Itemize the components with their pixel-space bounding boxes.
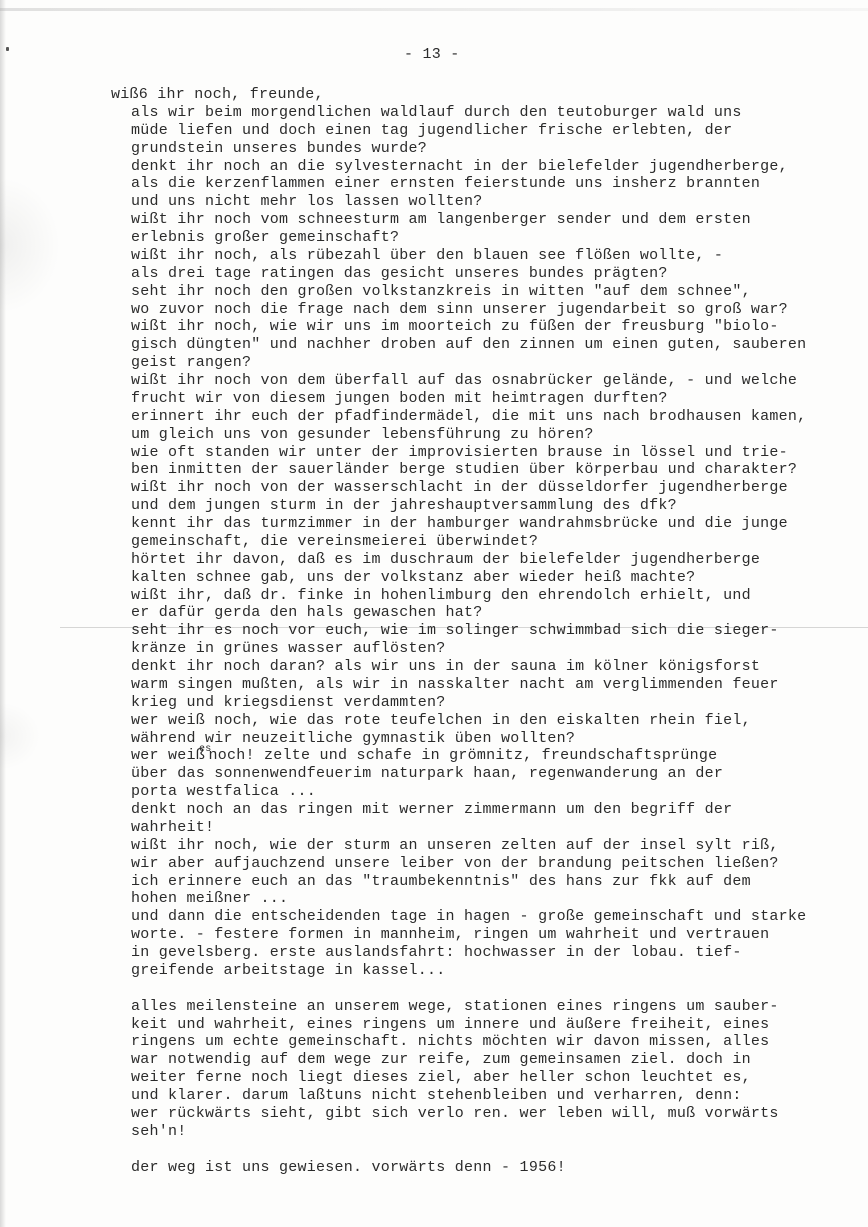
- text-line: in gevelsberg. erste auslandsfahrt: hoch…: [111, 944, 806, 962]
- line-text: seht ihr noch den großen volkstanzkreis …: [131, 283, 751, 300]
- text-line: ringens um echte gemeinschaft. nichts mö…: [111, 1033, 806, 1051]
- text-line: und dann die entscheidenden tage in hage…: [111, 908, 806, 926]
- line-text: müde liefen und doch einen tag jugendlic…: [131, 122, 732, 139]
- text-line: geist rangen?: [111, 354, 806, 372]
- line-text: wißt ihr noch von der wasserschlacht in …: [131, 479, 788, 496]
- line-text: wer weiß: [131, 747, 205, 764]
- text-line: als drei tage ratingen das gesicht unser…: [111, 265, 806, 283]
- text-line: und uns nicht mehr los lassen wollten?: [111, 193, 806, 211]
- text-line: wiß6 ihr noch, freunde,: [111, 86, 806, 104]
- text-line: er dafür gerda den hals gewaschen hat?: [111, 604, 806, 622]
- line-text: war notwendig auf dem wege zur reife, zu…: [131, 1051, 751, 1068]
- line-text: seh'n!: [131, 1123, 187, 1140]
- line-text: denkt ihr noch an die sylvesternacht in …: [131, 158, 788, 175]
- text-line: wißt ihr noch, als rübezahl über den bla…: [111, 247, 806, 265]
- line-text-continued: noch! zelte und schafe in grömnitz, freu…: [209, 747, 718, 764]
- line-text: wißt ihr noch, als rübezahl über den bla…: [131, 247, 723, 264]
- line-text: kränze in grünes wasser auflösten?: [131, 640, 446, 657]
- line-text: er dafür gerda den hals gewaschen hat?: [131, 604, 483, 621]
- blank-line: [111, 1141, 806, 1159]
- text-line: keit und wahrheit, eines ringens um inne…: [111, 1016, 806, 1034]
- text-line: der weg ist uns gewiesen. vorwärts denn …: [111, 1159, 806, 1177]
- line-text: ben inmitten der sauerländer berge studi…: [131, 461, 797, 478]
- line-text: in gevelsberg. erste auslandsfahrt: hoch…: [131, 944, 742, 961]
- document-page: - 13 - wiß6 ihr noch, freunde,als wir be…: [0, 0, 868, 1227]
- text-line: wo zuvor noch die frage nach dem sinn un…: [111, 301, 806, 319]
- text-line: wißt ihr noch, wie der sturm an unseren …: [111, 837, 806, 855]
- line-text: als die kerzenflammen einer ernsten feie…: [131, 175, 760, 192]
- text-line: denkt ihr noch an die sylvesternacht in …: [111, 158, 806, 176]
- line-text: geist rangen?: [131, 354, 251, 371]
- line-text: kalten schnee gab, uns der volkstanz abe…: [131, 569, 695, 586]
- text-line: grundstein unseres bundes wurde?: [111, 140, 806, 158]
- text-line: ich erinnere euch an das "traumbekenntni…: [111, 873, 806, 891]
- line-text: hohen meißner ...: [131, 890, 288, 907]
- line-text: und klarer. darum laßtuns nicht stehenbl…: [131, 1087, 742, 1104]
- line-text: der weg ist uns gewiesen. vorwärts denn …: [131, 1159, 566, 1176]
- line-text: denkt ihr noch daran? als wir uns in der…: [131, 658, 760, 675]
- text-line: wer weiß noch, wie das rote teufelchen i…: [111, 712, 806, 730]
- text-line: wir aber aufjauchzend unsere leiber von …: [111, 855, 806, 873]
- blank-line: [111, 980, 806, 998]
- text-line: wahrheit!: [111, 819, 806, 837]
- line-text: seht ihr es noch vor euch, wie im soling…: [131, 622, 779, 639]
- text-line: wie oft standen wir unter der improvisie…: [111, 444, 806, 462]
- text-line: seht ihr noch den großen volkstanzkreis …: [111, 283, 806, 301]
- text-line: als wir beim morgendlichen waldlauf durc…: [111, 104, 806, 122]
- text-line: krieg und kriegsdienst verdammten?: [111, 694, 806, 712]
- line-text: porta westfalica ...: [131, 783, 316, 800]
- text-line: weiter ferne noch liegt dieses ziel, abe…: [111, 1069, 806, 1087]
- line-text: und dem jungen sturm in der jahreshauptv…: [131, 497, 677, 514]
- text-line: wißt ihr, daß dr. finke in hohenlimburg …: [111, 587, 806, 605]
- text-line: denkt noch an das ringen mit werner zimm…: [111, 801, 806, 819]
- line-text: wo zuvor noch die frage nach dem sinn un…: [131, 301, 788, 318]
- text-line: kränze in grünes wasser auflösten?: [111, 640, 806, 658]
- line-text: wißt ihr noch vom schneesturm am langenb…: [131, 211, 751, 228]
- typewritten-body-text: wiß6 ihr noch, freunde,als wir beim morg…: [111, 86, 806, 1176]
- text-line: gemeinschaft, die vereinsmeierei überwin…: [111, 533, 806, 551]
- line-text: ich erinnere euch an das "traumbekenntni…: [131, 873, 751, 890]
- text-line: alles meilensteine an unserem wege, stat…: [111, 998, 806, 1016]
- text-line: porta westfalica ...: [111, 783, 806, 801]
- line-text: um gleich uns von gesunder lebensführung…: [131, 426, 594, 443]
- text-line: wer rückwärts sieht, gibt sich verlo ren…: [111, 1105, 806, 1123]
- text-line: hohen meißner ...: [111, 890, 806, 908]
- line-text: erlebnis großer gemeinschaft?: [131, 229, 399, 246]
- text-line: während wir neuzeitliche gymnastik üben …: [111, 730, 806, 748]
- text-line: wißt ihr noch von dem überfall auf das o…: [111, 372, 806, 390]
- text-line: denkt ihr noch daran? als wir uns in der…: [111, 658, 806, 676]
- text-line: warm singen mußten, als wir in nasskalte…: [111, 676, 806, 694]
- text-line: seht ihr es noch vor euch, wie im soling…: [111, 622, 806, 640]
- line-text: weiter ferne noch liegt dieses ziel, abe…: [131, 1069, 751, 1086]
- text-line: kalten schnee gab, uns der volkstanz abe…: [111, 569, 806, 587]
- line-text: gisch düngten" und nachher droben auf de…: [131, 336, 806, 353]
- text-line: und dem jungen sturm in der jahreshauptv…: [111, 497, 806, 515]
- text-line: wißt ihr noch vom schneesturm am langenb…: [111, 211, 806, 229]
- line-text: frucht wir von diesem jungen boden mit h…: [131, 390, 668, 407]
- text-line: müde liefen und doch einen tag jugendlic…: [111, 122, 806, 140]
- line-text: greifende arbeitstage in kassel...: [131, 962, 446, 979]
- line-text: ringens um echte gemeinschaft. nichts mö…: [131, 1033, 769, 1050]
- text-line: seh'n!: [111, 1123, 806, 1141]
- text-line: wißt ihr noch, wie wir uns im moorteich …: [111, 318, 806, 336]
- text-line: worte. - festere formen in mannheim, rin…: [111, 926, 806, 944]
- line-text: über das sonnenwendfeuerim naturpark haa…: [131, 765, 723, 782]
- text-line: ben inmitten der sauerländer berge studi…: [111, 461, 806, 479]
- line-text: denkt noch an das ringen mit werner zimm…: [131, 801, 732, 818]
- line-text: wißt ihr noch von dem überfall auf das o…: [131, 372, 797, 389]
- text-line: frucht wir von diesem jungen boden mit h…: [111, 390, 806, 408]
- line-text: gemeinschaft, die vereinsmeierei überwin…: [131, 533, 538, 550]
- text-line: erinnert ihr euch der pfadfindermädel, d…: [111, 408, 806, 426]
- line-text: als wir beim morgendlichen waldlauf durc…: [131, 104, 742, 121]
- page-number: - 13 -: [404, 46, 460, 64]
- line-text: alles meilensteine an unserem wege, stat…: [131, 998, 779, 1015]
- text-line: wer weißesnoch! zelte und schafe in gröm…: [111, 747, 806, 765]
- line-text: krieg und kriegsdienst verdammten?: [131, 694, 446, 711]
- scan-left-edge-shadow: [0, 0, 6, 1227]
- line-text: keit und wahrheit, eines ringens um inne…: [131, 1016, 769, 1033]
- text-line: und klarer. darum laßtuns nicht stehenbl…: [111, 1087, 806, 1105]
- text-line: greifende arbeitstage in kassel...: [111, 962, 806, 980]
- line-text: und dann die entscheidenden tage in hage…: [131, 908, 806, 925]
- line-text: als drei tage ratingen das gesicht unser…: [131, 265, 668, 282]
- line-text: erinnert ihr euch der pfadfindermädel, d…: [131, 408, 806, 425]
- overtyped-correction: es: [199, 744, 212, 755]
- line-text: wer rückwärts sieht, gibt sich verlo ren…: [131, 1105, 779, 1122]
- text-line: gisch düngten" und nachher droben auf de…: [111, 336, 806, 354]
- line-text: während wir neuzeitliche gymnastik üben …: [131, 730, 575, 747]
- scan-top-edge-shadow: [0, 8, 868, 11]
- scan-speck: [6, 47, 9, 51]
- text-line: kennt ihr das turmzimmer in der hamburge…: [111, 515, 806, 533]
- line-text: und uns nicht mehr los lassen wollten?: [131, 193, 483, 210]
- line-text: kennt ihr das turmzimmer in der hamburge…: [131, 515, 788, 532]
- line-text: wißt ihr noch, wie wir uns im moorteich …: [131, 318, 779, 335]
- line-text: warm singen mußten, als wir in nasskalte…: [131, 676, 779, 693]
- line-text: hörtet ihr davon, daß es im duschraum de…: [131, 551, 760, 568]
- line-text: wer weiß noch, wie das rote teufelchen i…: [131, 712, 751, 729]
- text-line: über das sonnenwendfeuerim naturpark haa…: [111, 765, 806, 783]
- text-line: hörtet ihr davon, daß es im duschraum de…: [111, 551, 806, 569]
- line-text: wißt ihr, daß dr. finke in hohenlimburg …: [131, 587, 751, 604]
- line-text: wiß6 ihr noch, freunde,: [111, 86, 324, 103]
- line-text: grundstein unseres bundes wurde?: [131, 140, 427, 157]
- text-line: war notwendig auf dem wege zur reife, zu…: [111, 1051, 806, 1069]
- text-line: erlebnis großer gemeinschaft?: [111, 229, 806, 247]
- line-text: wahrheit!: [131, 819, 214, 836]
- line-text: wie oft standen wir unter der improvisie…: [131, 444, 788, 461]
- text-line: wißt ihr noch von der wasserschlacht in …: [111, 479, 806, 497]
- text-line: als die kerzenflammen einer ernsten feie…: [111, 175, 806, 193]
- line-text: wir aber aufjauchzend unsere leiber von …: [131, 855, 779, 872]
- line-text: wißt ihr noch, wie der sturm an unseren …: [131, 837, 779, 854]
- line-text: worte. - festere formen in mannheim, rin…: [131, 926, 769, 943]
- text-line: um gleich uns von gesunder lebensführung…: [111, 426, 806, 444]
